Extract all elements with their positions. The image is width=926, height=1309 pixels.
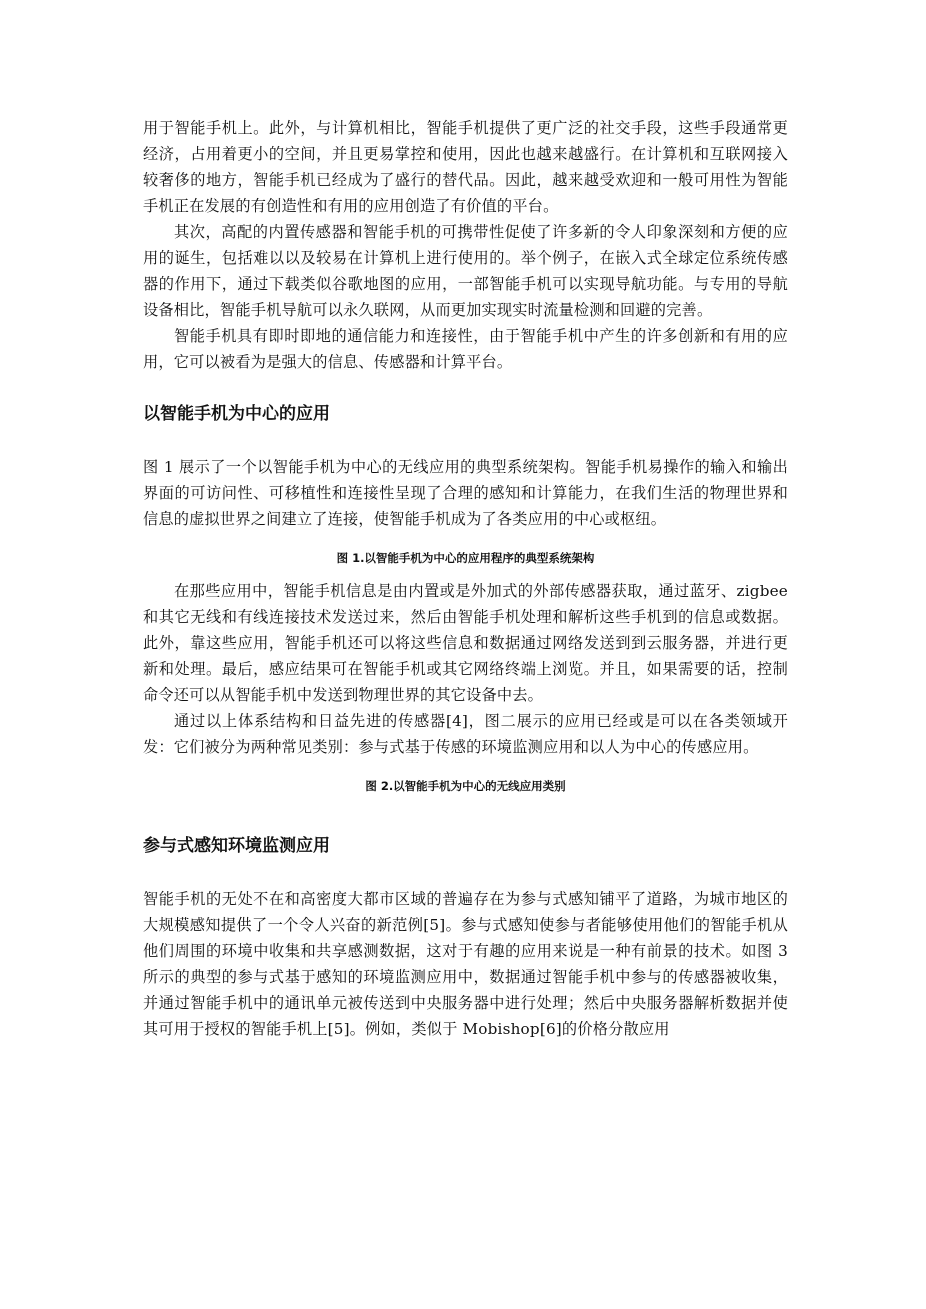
document-page: 用于智能手机上。此外，与计算机相比，智能手机提供了更广泛的社交手段，这些手段通常… (143, 115, 788, 1042)
figure2-caption: 图 2.以智能手机为中心的无线应用类别 (143, 776, 788, 796)
paragraph-application-categories: 通过以上体系结构和日益先进的传感器[4]，图二展示的应用已经或是可以在各类领域开… (143, 708, 788, 760)
section-heading-smartphone-centric: 以智能手机为中心的应用 (143, 401, 788, 427)
paragraph-participatory-sensing: 智能手机的无处不在和高密度大都市区域的普遍存在为参与式感知铺平了道路，为城市地区… (143, 886, 788, 1042)
paragraph-sensor-data-flow: 在那些应用中，智能手机信息是由内置或是外加式的外部传感器获取，通过蓝牙、zigb… (143, 578, 788, 708)
paragraph-builtin-sensors: 其次，高配的内置传感器和智能手机的可携带性促使了许多新的令人印象深刻和方便的应用… (143, 219, 788, 323)
figure1-caption: 图 1.以智能手机为中心的应用程序的典型系统架构 (143, 548, 788, 568)
paragraph-platform: 智能手机具有即时即地的通信能力和连接性，由于智能手机中产生的许多创新和有用的应用… (143, 323, 788, 375)
paragraph-social-means: 用于智能手机上。此外，与计算机相比，智能手机提供了更广泛的社交手段，这些手段通常… (143, 115, 788, 219)
paragraph-figure1-intro: 图 1 展示了一个以智能手机为中心的无线应用的典型系统架构。智能手机易操作的输入… (143, 454, 788, 532)
section-heading-participatory-sensing: 参与式感知环境监测应用 (143, 833, 788, 859)
